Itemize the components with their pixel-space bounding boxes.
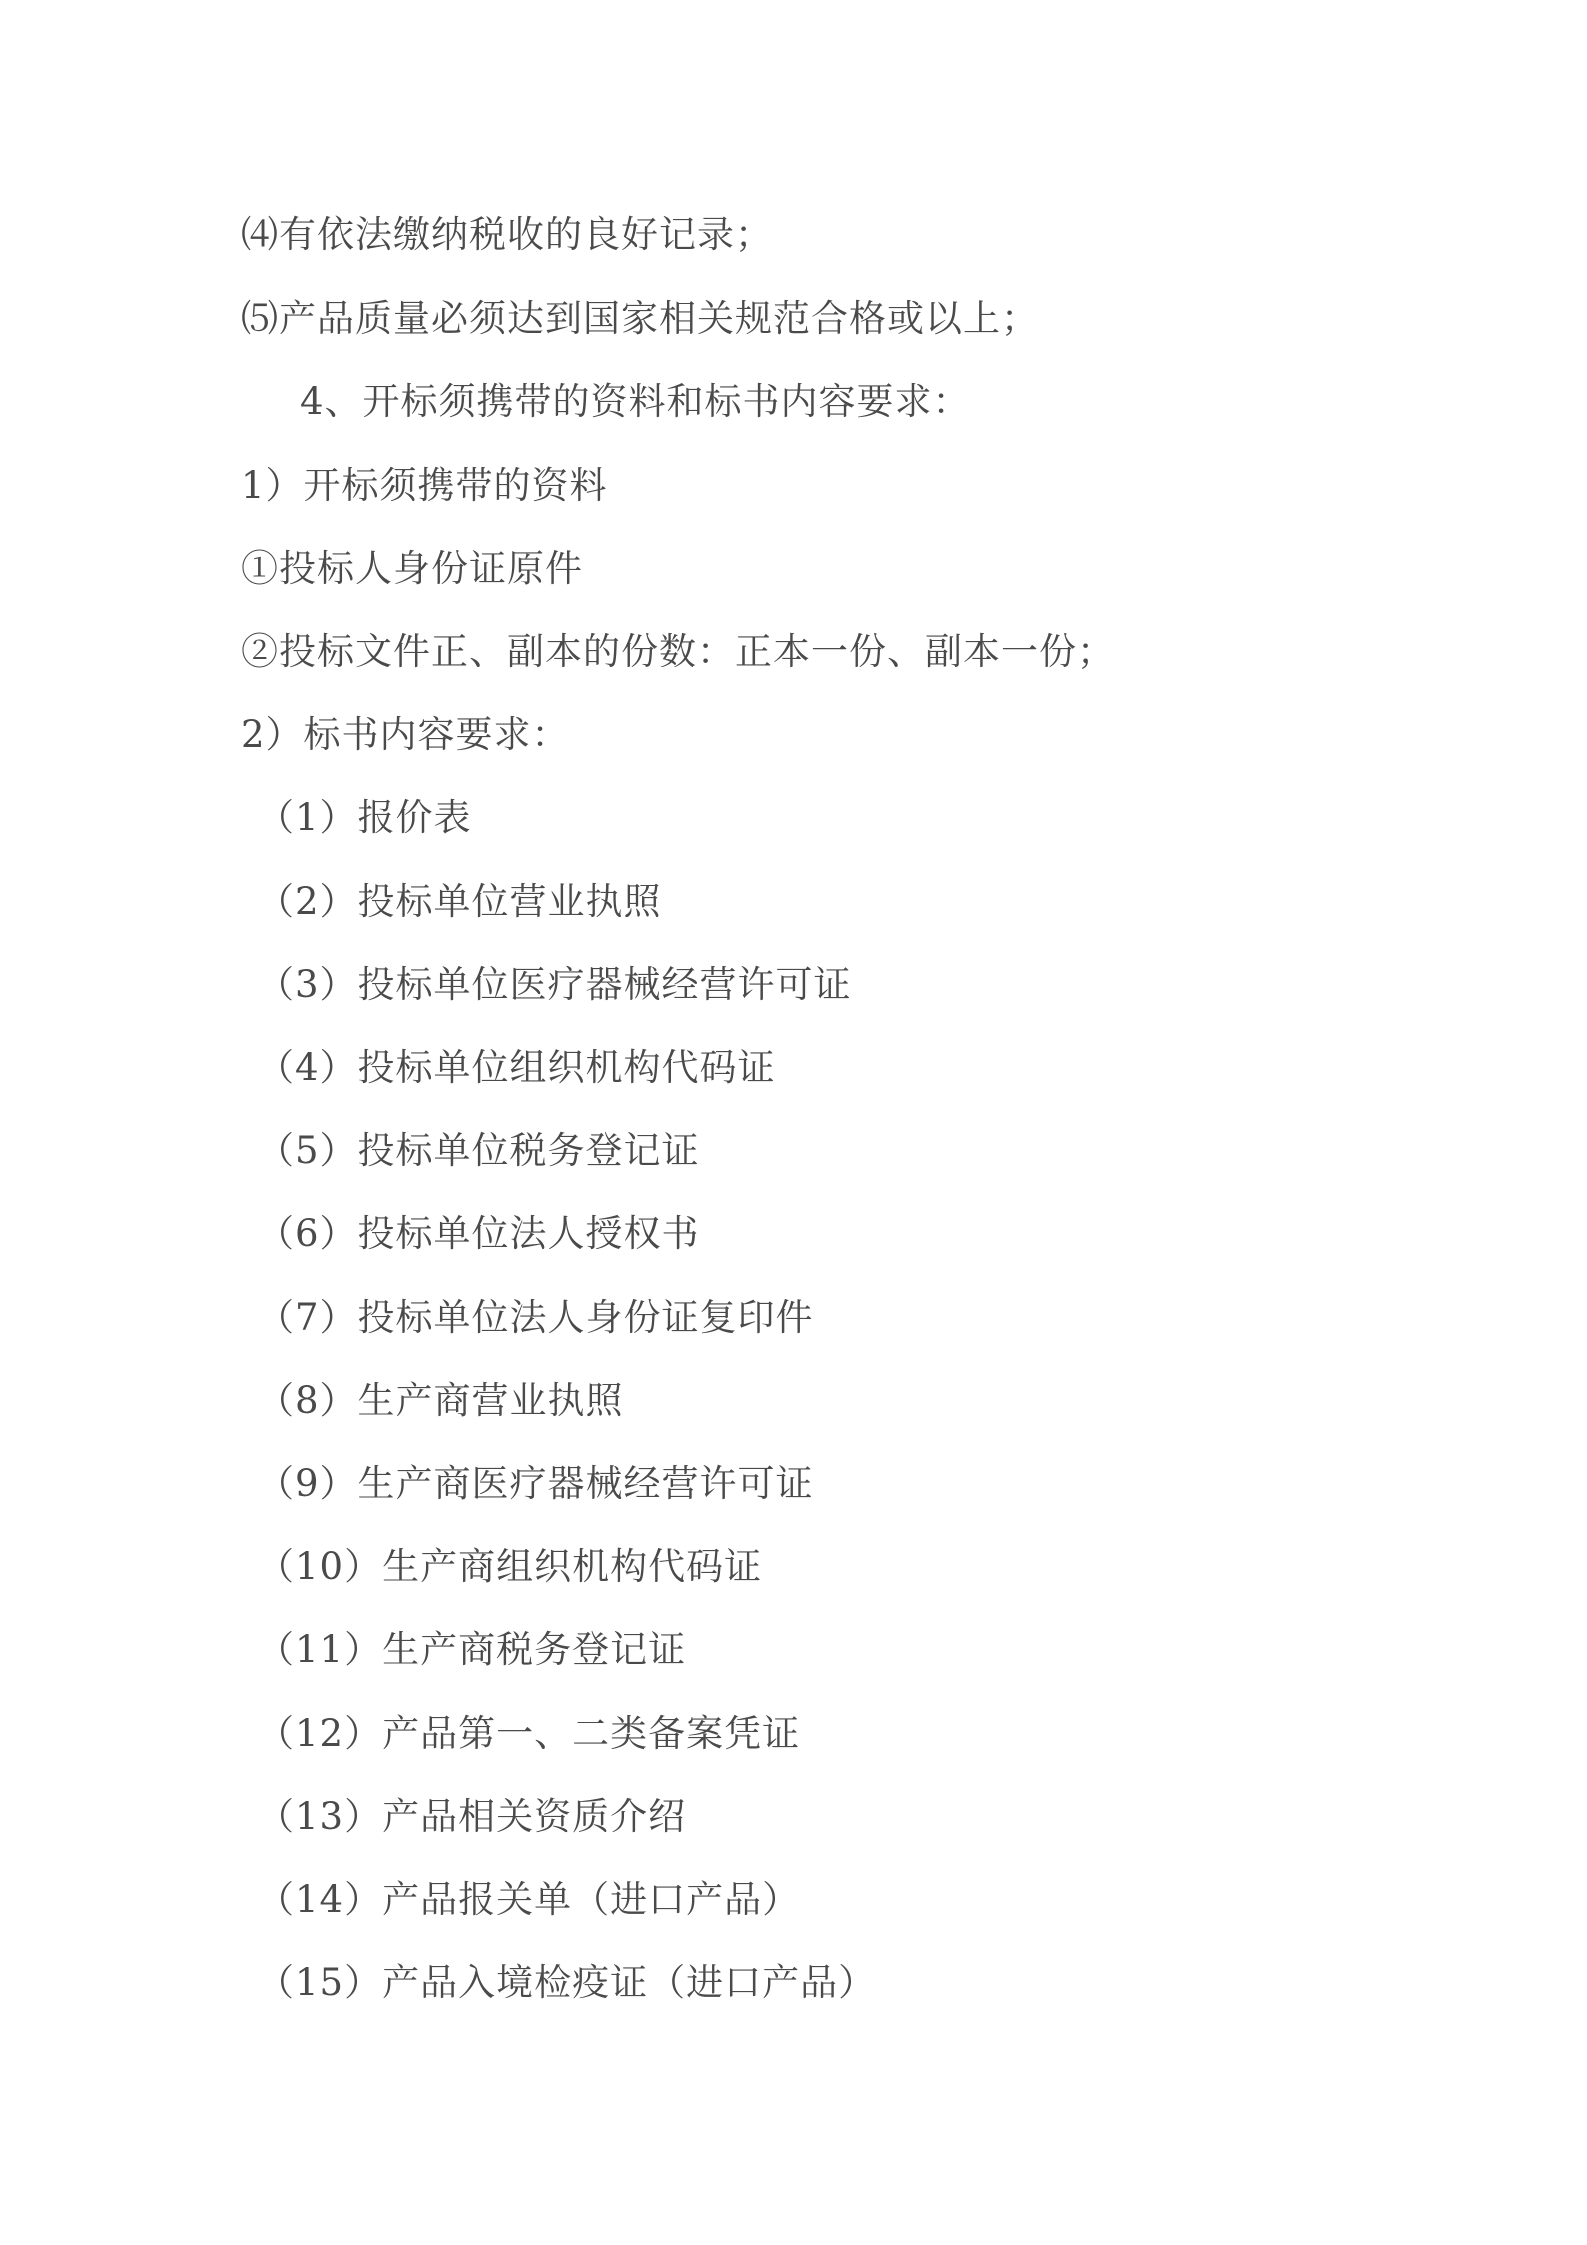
requirement-item-14: （14）产品报关单（进口产品） [257, 1878, 800, 1922]
condition-line-5: ⑸产品质量必须达到国家相关规范合格或以上； [241, 297, 1039, 341]
requirement-item-12: （12）产品第一、二类备案凭证 [257, 1712, 800, 1756]
requirement-item-9: （9）生产商医疗器械经营许可证 [257, 1462, 814, 1506]
requirement-item-2: （2）投标单位营业执照 [257, 880, 662, 924]
section-heading-4: 4、开标须携带的资料和标书内容要求： [300, 380, 971, 424]
subsection-heading-materials: 1）开标须携带的资料 [241, 464, 608, 508]
requirement-item-5: （5）投标单位税务登记证 [257, 1129, 700, 1173]
requirement-item-6: （6）投标单位法人授权书 [257, 1212, 700, 1256]
material-item-id-card: ①投标人身份证原件 [241, 547, 583, 591]
requirement-item-10: （10）生产商组织机构代码证 [257, 1545, 762, 1589]
material-item-bid-copies: ②投标文件正、副本的份数：正本一份、副本一份； [241, 630, 1115, 674]
requirement-item-1: （1）报价表 [257, 796, 472, 840]
document-page: ⑷有依法缴纳税收的良好记录； ⑸产品质量必须达到国家相关规范合格或以上； 4、开… [0, 0, 1587, 2245]
requirement-item-8: （8）生产商营业执照 [257, 1379, 624, 1423]
requirement-item-15: （15）产品入境检疫证（进口产品） [257, 1961, 876, 2005]
requirement-item-4: （4）投标单位组织机构代码证 [257, 1046, 776, 1090]
requirement-item-7: （7）投标单位法人身份证复印件 [257, 1296, 814, 1340]
condition-line-4: ⑷有依法缴纳税收的良好记录； [241, 213, 773, 257]
subsection-heading-bid-content: 2）标书内容要求： [241, 713, 570, 757]
requirement-item-11: （11）生产商税务登记证 [257, 1628, 686, 1672]
requirement-item-3: （3）投标单位医疗器械经营许可证 [257, 963, 852, 1007]
requirement-item-13: （13）产品相关资质介绍 [257, 1795, 686, 1839]
